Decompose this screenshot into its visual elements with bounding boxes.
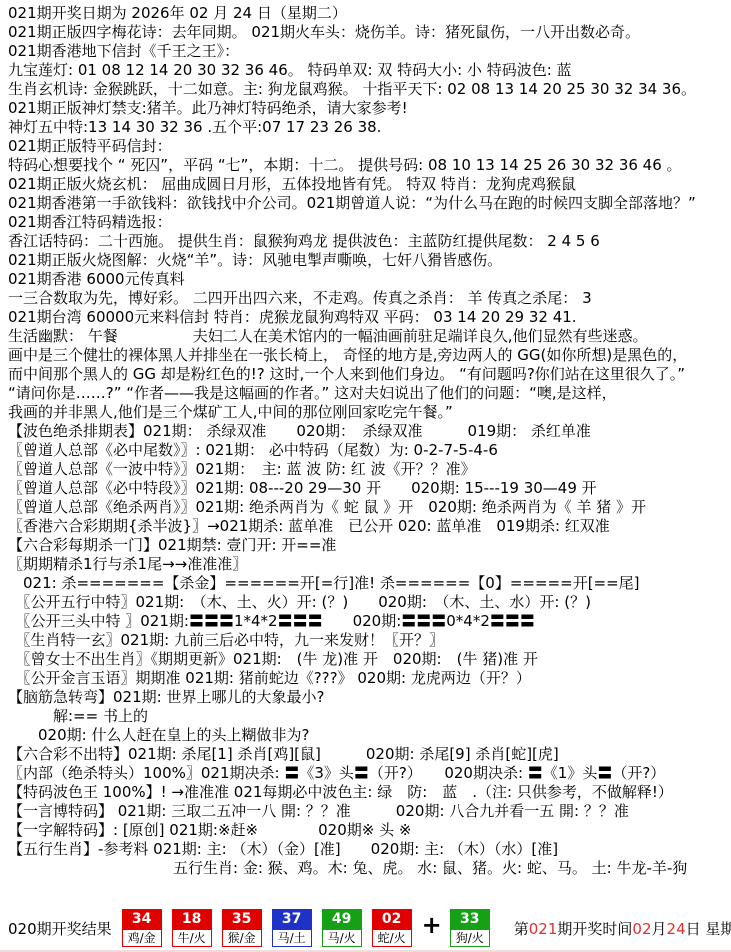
text-line: 〖期期精杀1行与杀1尾→→准准准〗	[8, 555, 729, 574]
text-line: 021期香港地下信封《千王之王》：	[8, 42, 729, 61]
next-draw-segment: 日 星期	[686, 920, 731, 938]
text-line: 生活幽默： 午餐 夫妇二人在美术馆内的一幅油画前驻足端详良久,他们显然有些迷惑。	[8, 327, 729, 346]
next-draw-segment: 24	[667, 920, 686, 938]
text-line: 021期香港第一手欲钱料：欲钱找中介公司。021期曾道人说：“为什么马在跑的时候…	[8, 194, 729, 213]
next-draw-segment: 月	[652, 920, 667, 938]
text-line: 〖曾道人总部《必中尾数》〗: 021期： 必中特码（尾数）为: 0-2-7-5-…	[8, 441, 729, 460]
ball-number: 33	[450, 909, 490, 930]
result-ball: 02蛇/火	[372, 909, 412, 947]
text-line: 五行生肖: 金: 猴、鸡。木: 兔、虎。 水: 鼠、猪。火: 蛇、马。 土: 牛…	[8, 859, 729, 878]
text-line: 〖生肖特一玄〗021期: 九前三后必中特，九一来发财！〖开？〗	[8, 631, 729, 650]
ball-number: 37	[272, 909, 312, 930]
text-line: 021: 杀=======【杀金】======开[=行]准! 杀======【0…	[8, 574, 729, 593]
result-balls: 34鸡/金18牛/火35猴/金37马/土49马/火02蛇/火	[122, 909, 422, 947]
text-line: 〖曾道人总部《一波中特》〗021期： 主: 蓝 波 防: 红 波《开？？准》	[8, 460, 729, 479]
next-draw-segment: 02	[632, 920, 651, 938]
text-line: 香江话特码：二十西施。 提供生肖：鼠猴狗鸡龙 提供波色：主蓝防红提供尾数： 2 …	[8, 232, 729, 251]
text-line: 〖公开五行中特〗021期: （木、土、火）开: (？) 020期: （木、土、水…	[8, 593, 729, 612]
ball-zodiac-label: 猴/金	[222, 930, 262, 947]
result-ball: 49马/火	[322, 909, 362, 947]
ball-zodiac-label: 马/土	[272, 930, 312, 947]
plus-sign: +	[422, 913, 442, 937]
result-ball: 34鸡/金	[122, 909, 162, 947]
text-line: “请问你是……?” “作者——我是这幅画的作者。” 这对夫妇说出了他们的问题：“…	[8, 384, 729, 403]
text-line: 021期开奖日期为 2026年 02 月 24 日（星期二）	[8, 4, 729, 23]
text-line: 021期正版神灯禁支:猪羊。此乃神灯特码绝杀，请大家参考!	[8, 99, 729, 118]
text-line: 神灯五中特:13 14 30 32 36 .五个平:07 17 23 26 38…	[8, 118, 729, 137]
document-lines: 021期开奖日期为 2026年 02 月 24 日（星期二）021期正版四字梅花…	[0, 0, 731, 878]
text-line: 【波色绝杀排期表】021期： 杀绿双准 020期： 杀绿双准 019期： 杀红单…	[8, 422, 729, 441]
text-line: 【一字解特码】: [原创] 021期:※赶※ 020期※ 头 ※	[8, 821, 729, 840]
ball-zodiac-label: 狗/火	[450, 930, 490, 947]
text-line: 021期香江特码精选报：	[8, 213, 729, 232]
result-ball: 37马/土	[272, 909, 312, 947]
text-line: 【脑筋急转弯】021期: 世界上哪儿的大象最小?	[8, 688, 729, 707]
text-line: 一三合数取为先，博好彩。 二四开出四六来，不走鸡。传真之杀肖： 羊 传真之杀尾：…	[8, 289, 729, 308]
text-line: 020期: 什么人赶在皇上的头上糊做非为?	[8, 726, 729, 745]
text-line: 〖香港六合彩期期{杀半波}〗→021期杀: 蓝单准 已公开 020: 蓝单准 0…	[8, 517, 729, 536]
text-line: 【特码波色王 100%】! →准准准 021每期必中波色主: 绿 防: 蓝 .（…	[8, 783, 729, 802]
text-line: 解:== 书上的	[8, 707, 729, 726]
ball-zodiac-label: 牛/火	[172, 930, 212, 947]
text-line: 我画的并非黑人,他们是三个煤矿工人,中间的那位刚回家吃完午餐。”	[8, 403, 729, 422]
text-line: 画中是三个健壮的裸体黑人并排坐在一张长椅上， 奇怪的地方是,旁边两人的 GG(如…	[8, 346, 729, 365]
ball-number: 34	[122, 909, 162, 930]
text-line: 021期正版火烧玄机： 屈曲成圆日月形，五体投地皆有凭。 特双 特肖：龙狗虎鸡猴…	[8, 175, 729, 194]
special-ball-slot: 33狗/火	[450, 909, 500, 947]
ball-number: 02	[372, 909, 412, 930]
text-line: 〖内部（绝杀特头）100%〗021期决杀: 〓《3》头〓（开?） 020期决杀:…	[8, 764, 729, 783]
result-ball: 35猴/金	[222, 909, 262, 947]
next-draw-info: 第021期开奖时间02月24日 星期二21:30	[514, 918, 731, 939]
result-label: 020期开奖结果	[8, 918, 112, 939]
text-line: 〖曾道人总部《必中特段》〗021期: 08---20 29—30 开 020期:…	[8, 479, 729, 498]
text-line: 021期正版四字梅花诗：去年同期。 021期火车头：烧伤羊。诗：猪死鼠伤，一八开…	[8, 23, 729, 42]
ball-number: 35	[222, 909, 262, 930]
text-line: 021期台湾 60000元来料信封 特肖：虎猴龙鼠狗鸡特双 平码： 03 14 …	[8, 308, 729, 327]
text-line: 【六合彩每期杀一门】021期禁: 壹门开: 开==准	[8, 536, 729, 555]
ball-zodiac-label: 蛇/火	[372, 930, 412, 947]
ball-zodiac-label: 鸡/金	[122, 930, 162, 947]
text-line: 021期正版特平码信封：	[8, 137, 729, 156]
result-ball: 33狗/火	[450, 909, 490, 947]
next-draw-segment: 021	[529, 920, 558, 938]
text-line: 〖公开金言玉语〗期期准 021期: 猪前蛇边《???》 020期: 龙虎两边（开…	[8, 669, 729, 688]
draw-result-bar: 020期开奖结果 34鸡/金18牛/火35猴/金37马/土49马/火02蛇/火 …	[0, 906, 731, 952]
next-draw-segment: 第	[514, 920, 529, 938]
text-line: 021期香港 6000元传真料	[8, 270, 729, 289]
ball-number: 49	[322, 909, 362, 930]
text-line: 九宝莲灯: 01 08 12 14 20 30 32 36 46。 特码单双: …	[8, 61, 729, 80]
text-line: 【五行生肖】-参考料 021期: 主: （木）（金）[准] 020期: 主: （…	[8, 840, 729, 859]
ball-number: 18	[172, 909, 212, 930]
next-draw-segment: 期开奖时间	[557, 920, 632, 938]
text-line: 【一言博特码】 021期: 三取二五冲一八 開: ？？准 020期: 八合九并看…	[8, 802, 729, 821]
text-line: 生肖玄机诗: 金猴跳跃，十二如意。主: 狗龙鼠鸡猴。 十指平天下: 02 08 …	[8, 80, 729, 99]
ball-zodiac-label: 马/火	[322, 930, 362, 947]
text-line: 而中间那个黑人的 GG 却是粉红色的!? 这时,一个人来到他们身边。 “有问题吗…	[8, 365, 729, 384]
text-line: 【六合彩不出特】021期: 杀尾[1] 杀肖[鸡][鼠] 020期: 杀尾[9]…	[8, 745, 729, 764]
text-line: 〖曾道人总部《绝杀两肖》〗021期: 绝杀两肖为《 蛇 鼠 》开 020期: 绝…	[8, 498, 729, 517]
text-line: 〖曾女士不出生肖〗《期期更新》021期: (牛 龙)准 开 020期: (牛 猪…	[8, 650, 729, 669]
text-line: 021期正版火烧图解：火烧“羊”。诗：风驰电掣声嘶唤，七奸八猾皆感伤。	[8, 251, 729, 270]
text-line: 特码心想要找个 “ 死囚”，平码 “七”，本期：十二。 提供号码: 08 10 …	[8, 156, 729, 175]
text-line: 〖公开三头中特 〗021期:〓〓〓1*4*2〓〓〓 020期:〓〓〓0*4*2〓…	[8, 612, 729, 631]
result-ball: 18牛/火	[172, 909, 212, 947]
